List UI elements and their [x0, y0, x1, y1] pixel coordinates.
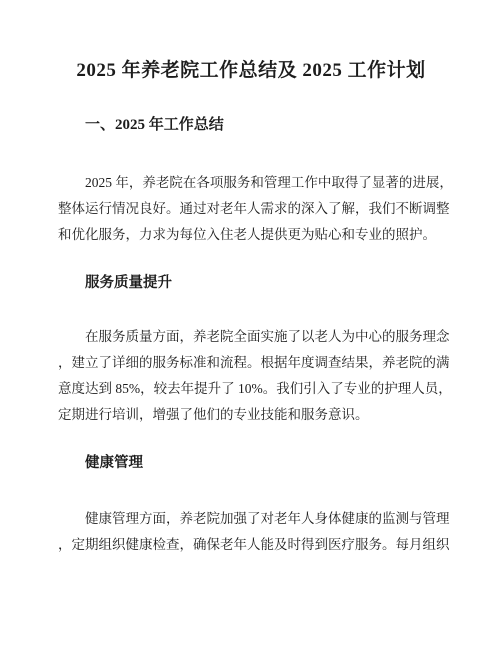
intro-paragraph: 2025 年，养老院在各项服务和管理工作中取得了显著的进展， 整体运行情况良好。… — [58, 170, 448, 248]
paragraph-line: 定期进行培训，增强了他们的专业技能和服务意识。 — [58, 402, 448, 428]
paragraph-line: ，定期组织健康检查，确保老年人能及时得到医疗服务。每月组织 — [58, 532, 448, 558]
document-title: 2025 年养老院工作总结及 2025 工作计划 — [58, 57, 444, 84]
paragraph-line: 2025 年，养老院在各项服务和管理工作中取得了显著的进展， — [58, 170, 448, 196]
subsection-heading-service-quality: 服务质量提升 — [58, 273, 458, 293]
paragraph-line: 整体运行情况良好。通过对老年人需求的深入了解，我们不断调整 — [58, 196, 448, 222]
document-page: 2025 年养老院工作总结及 2025 工作计划 一、2025 年工作总结 20… — [0, 0, 500, 647]
subsection-heading-health-management: 健康管理 — [58, 453, 458, 473]
paragraph-line: 意度达到 85%，较去年提升了 10%。我们引入了专业的护理人员， — [58, 376, 448, 402]
paragraph-line: 健康管理方面，养老院加强了对老年人身体健康的监测与管理 — [58, 506, 448, 532]
health-management-paragraph: 健康管理方面，养老院加强了对老年人身体健康的监测与管理 ，定期组织健康检查，确保… — [58, 506, 448, 558]
service-quality-paragraph: 在服务质量方面，养老院全面实施了以老人为中心的服务理念 ，建立了详细的服务标准和… — [58, 324, 448, 428]
paragraph-line: ，建立了详细的服务标准和流程。根据年度调查结果，养老院的满 — [58, 350, 448, 376]
section-heading-2025-work-summary: 一、2025 年工作总结 — [58, 115, 458, 135]
paragraph-line: 在服务质量方面，养老院全面实施了以老人为中心的服务理念 — [58, 324, 448, 350]
paragraph-line: 和优化服务，力求为每位入住老人提供更为贴心和专业的照护。 — [58, 222, 448, 248]
